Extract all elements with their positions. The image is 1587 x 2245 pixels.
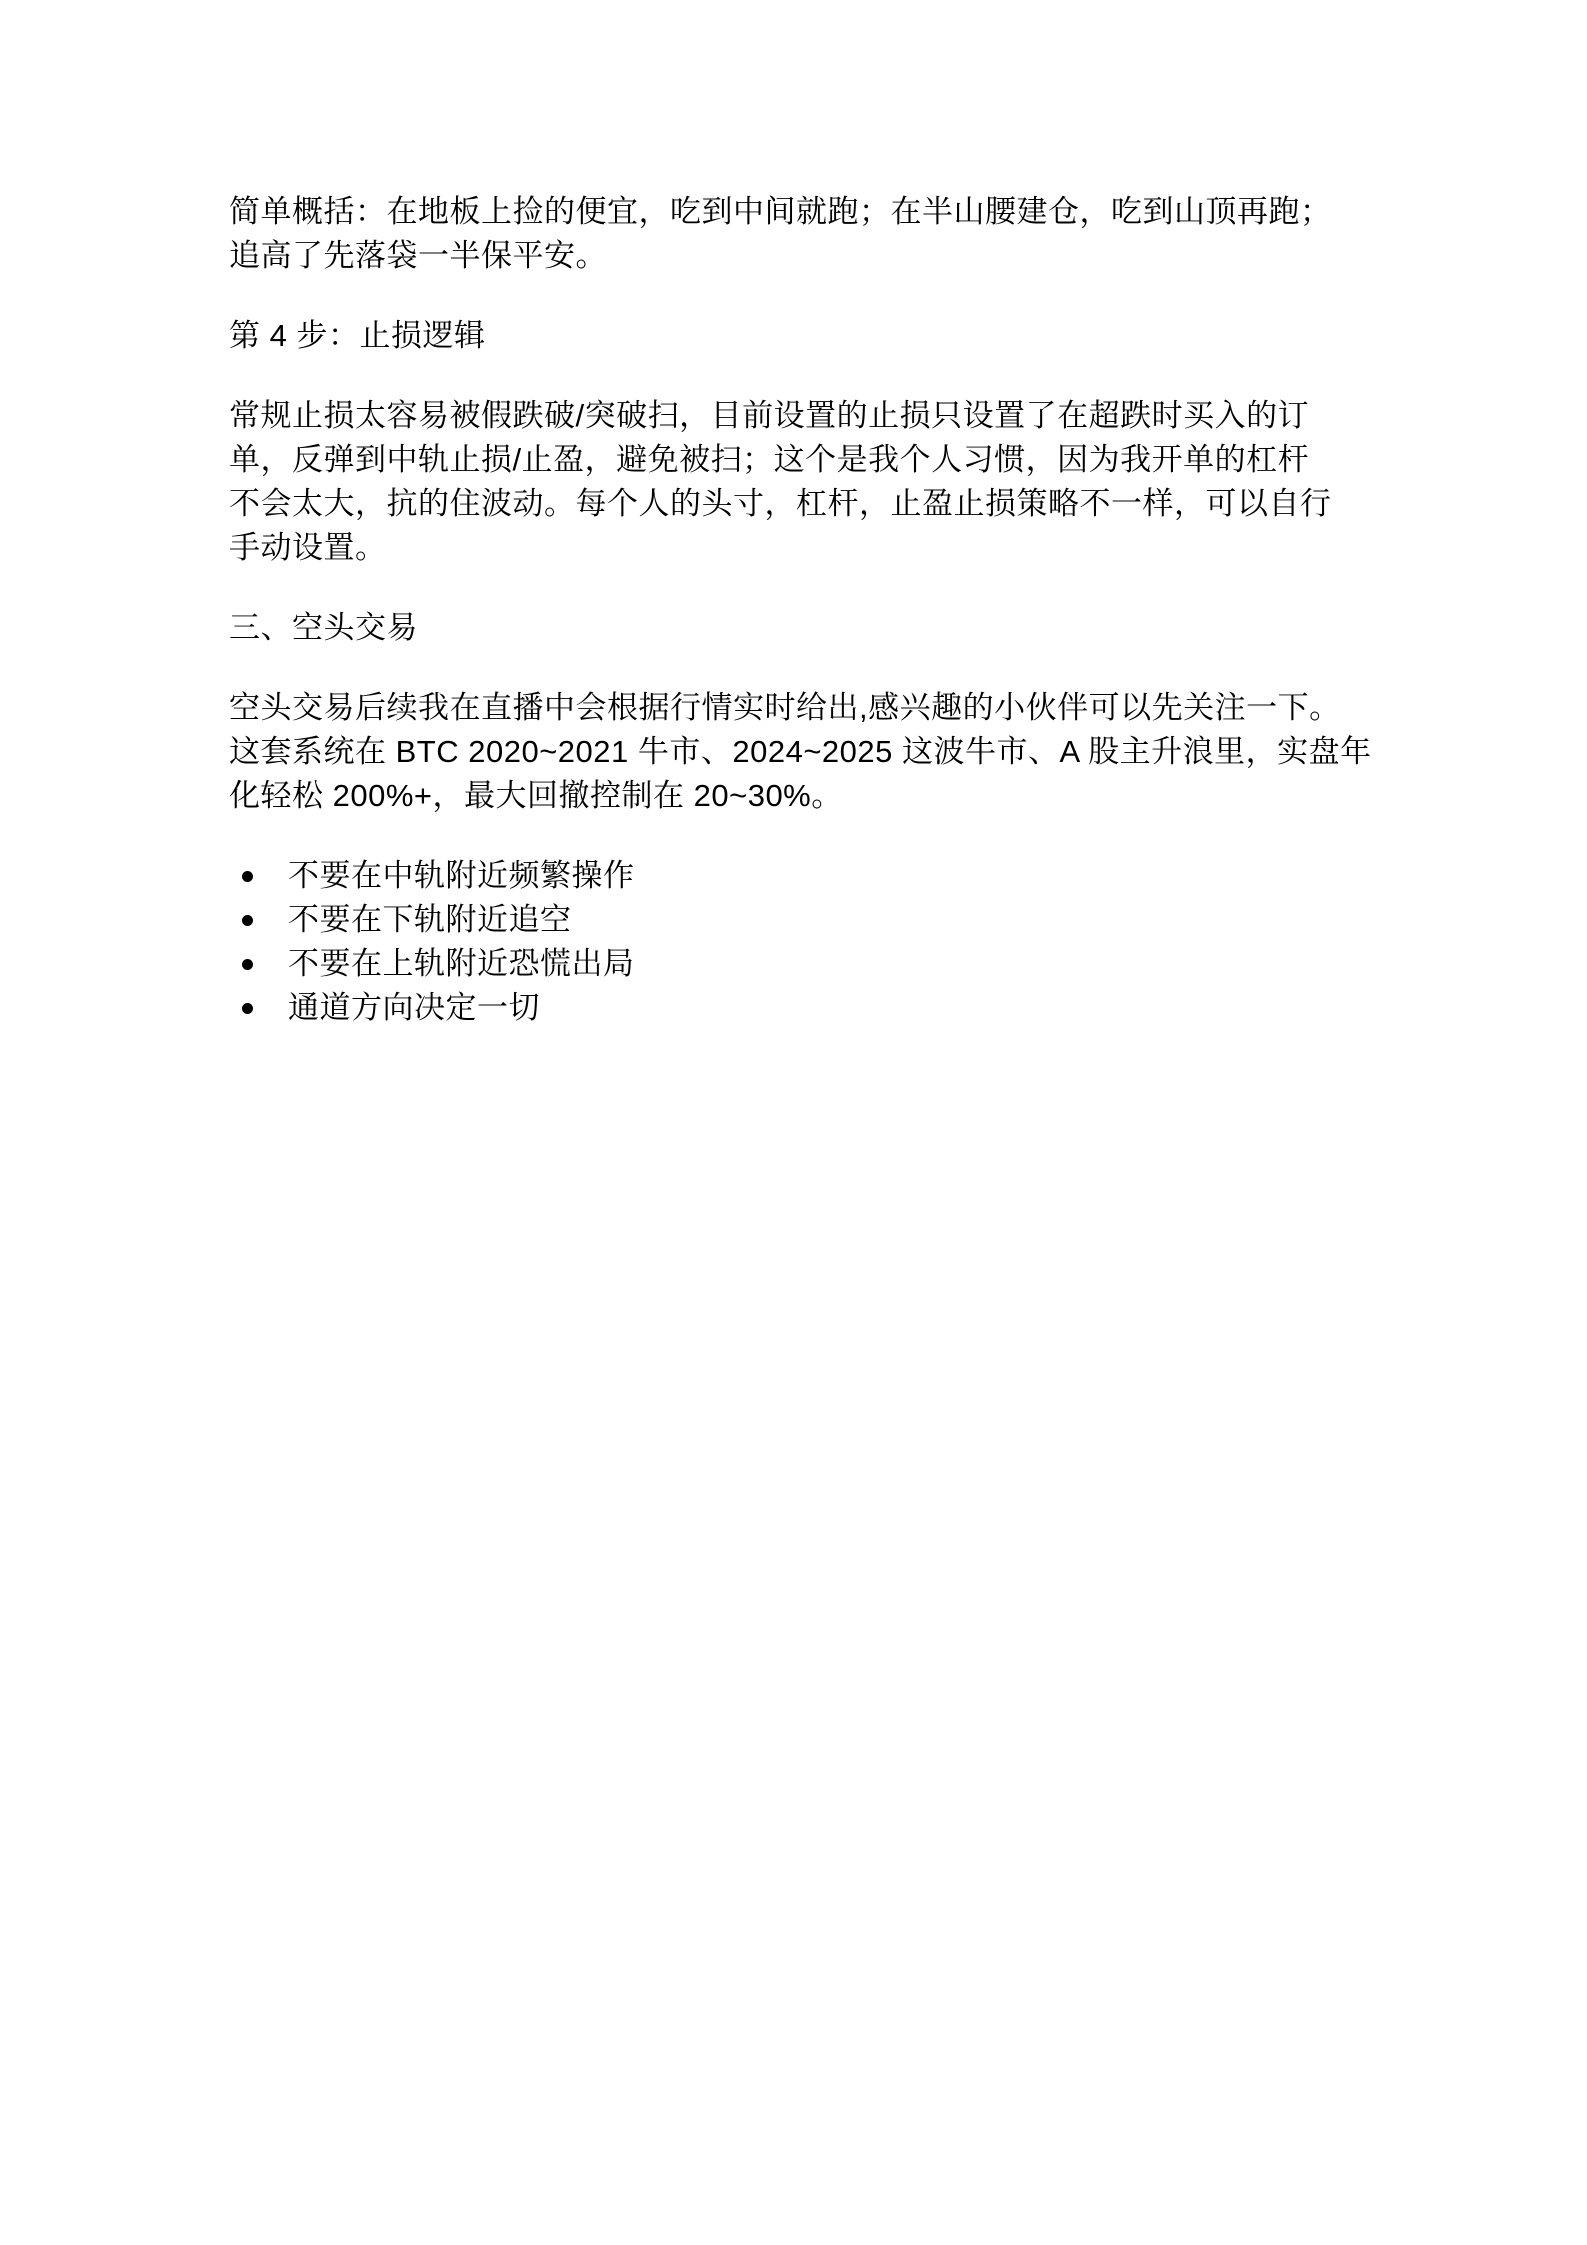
document-content: 简单概括：在地板上捡的便宜，吃到中间就跑；在半山腰建仓，吃到山顶再跑； 追高了先… (229, 190, 1369, 1030)
paragraph-line: 空头交易后续我在直播中会根据行情实时给出,感兴趣的小伙伴可以先关注一下。 (229, 686, 1369, 730)
bullet-list: 不要在中轨附近频繁操作 不要在下轨附近追空 不要在上轨附近恐慌出局 通道方向决定… (229, 854, 1369, 1030)
paragraph-line: 常规止损太容易被假跌破/突破扫，目前设置的止损只设置了在超跌时买入的订 (229, 394, 1369, 438)
bullet-dot-icon (242, 871, 253, 882)
bullet-dot-icon (242, 959, 253, 970)
bullet-item-text: 不要在下轨附近追空 (288, 902, 572, 937)
paragraph-line: 化轻松 200%+，最大回撤控制在 20~30%。 (229, 774, 1369, 818)
bullet-item: 不要在下轨附近追空 (229, 898, 1369, 942)
paragraph-stoploss: 常规止损太容易被假跌破/突破扫，目前设置的止损只设置了在超跌时买入的订 单，反弹… (229, 394, 1369, 570)
bullet-item: 不要在上轨附近恐慌出局 (229, 942, 1369, 986)
bullet-item: 不要在中轨附近频繁操作 (229, 854, 1369, 898)
paragraph-line: 简单概括：在地板上捡的便宜，吃到中间就跑；在半山腰建仓，吃到山顶再跑； (229, 190, 1369, 234)
bullet-item-text: 通道方向决定一切 (288, 990, 540, 1025)
paragraph-line: 单，反弹到中轨止损/止盈，避免被扫；这个是我个人习惯，因为我开单的杠杆 (229, 438, 1369, 482)
paragraph-line: 这套系统在 BTC 2020~2021 牛市、2024~2025 这波牛市、A … (229, 730, 1369, 774)
bullet-item-text: 不要在上轨附近恐慌出局 (288, 946, 635, 981)
heading-step4: 第 4 步：止损逻辑 (229, 314, 1369, 358)
bullet-item: 通道方向决定一切 (229, 986, 1369, 1030)
paragraph-short-trading: 空头交易后续我在直播中会根据行情实时给出,感兴趣的小伙伴可以先关注一下。 这套系… (229, 686, 1369, 818)
paragraph-line: 手动设置。 (229, 526, 1369, 570)
bullet-item-text: 不要在中轨附近频繁操作 (288, 858, 635, 893)
paragraph-summary: 简单概括：在地板上捡的便宜，吃到中间就跑；在半山腰建仓，吃到山顶再跑； 追高了先… (229, 190, 1369, 278)
heading-short-trading: 三、空头交易 (229, 606, 1369, 650)
document-page: 简单概括：在地板上捡的便宜，吃到中间就跑；在半山腰建仓，吃到山顶再跑； 追高了先… (0, 0, 1587, 2245)
paragraph-line: 追高了先落袋一半保平安。 (229, 234, 1369, 278)
bullet-dot-icon (242, 1003, 253, 1014)
bullet-dot-icon (242, 915, 253, 926)
paragraph-line: 不会太大，抗的住波动。每个人的头寸，杠杆，止盈止损策略不一样，可以自行 (229, 482, 1369, 526)
